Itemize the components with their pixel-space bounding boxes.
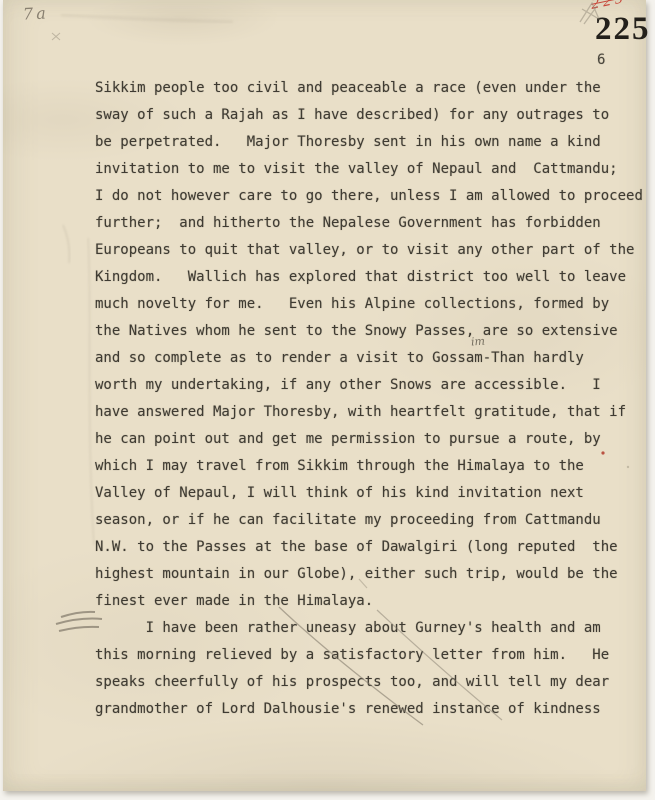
paper-crease <box>88 238 94 545</box>
scan-background: { "colors":{ "paper":"#e9dfc8", "ink":"#… <box>0 0 655 800</box>
typescript-body: Sikkim people too civil and peaceable a … <box>95 75 643 723</box>
insertion-pencil-annotation: im <box>471 335 486 349</box>
typed-page-number: 6 <box>597 52 605 68</box>
x-pencil-mark <box>52 33 60 40</box>
page-number-stamp: 225 <box>595 13 651 46</box>
top-left-pencil-annotation: 7a <box>23 3 50 23</box>
pencil-smudge <box>61 15 233 22</box>
paper-crease <box>63 225 69 263</box>
manuscript-page: 7a 225 225 6 Sikkim people too civil and… <box>3 0 646 791</box>
